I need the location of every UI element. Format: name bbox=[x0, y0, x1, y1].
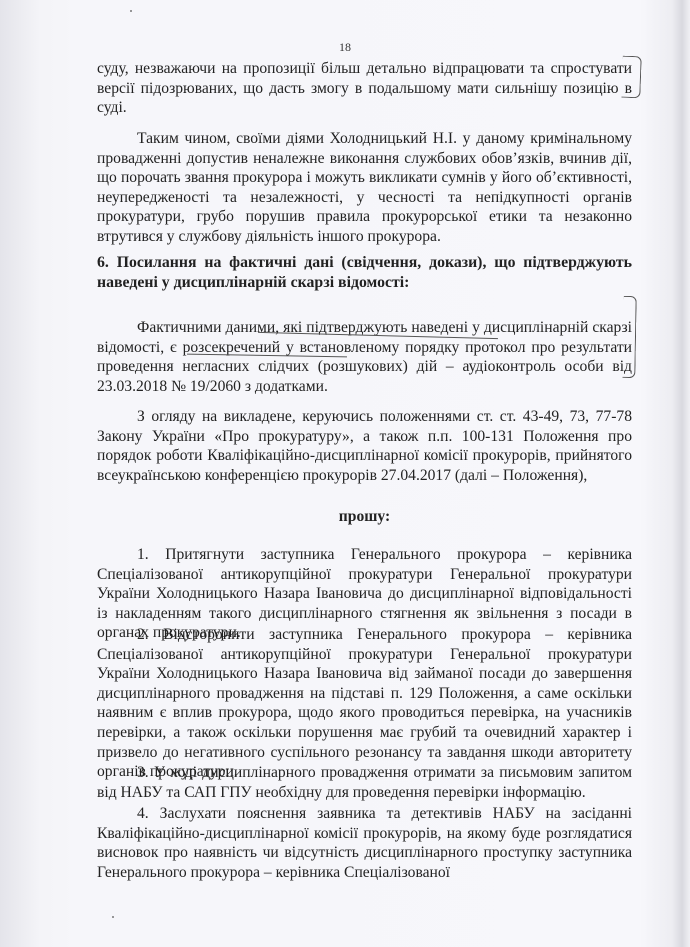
request-item-2: 2. Відсторонити заступника Генерального … bbox=[97, 625, 632, 782]
document-page: 18 суду, незважаючи на пропозиції більш … bbox=[0, 0, 690, 947]
request-item-3: 3. У ході дисциплінарного провадження от… bbox=[97, 763, 632, 802]
section-6-heading: 6. Посилання на фактичні дані (свідчення… bbox=[97, 253, 632, 292]
page-number: 18 bbox=[0, 40, 690, 55]
handwritten-bracket-top bbox=[621, 56, 641, 99]
request-item-4: 4. Заслухати пояснення заявника та детек… bbox=[97, 804, 632, 882]
handwritten-bracket-evidence bbox=[622, 296, 636, 378]
scan-speck bbox=[130, 10, 132, 12]
request-heading: прошу: bbox=[97, 507, 632, 527]
paragraph-continuation: суду, незважаючи на пропозиції більш дет… bbox=[97, 59, 632, 118]
scan-speck bbox=[112, 916, 114, 918]
paragraph-conclusion: Таким чином, своїми діями Холодницький Н… bbox=[97, 129, 632, 247]
paragraph-legal-basis: З огляду на викладене, керуючись положен… bbox=[97, 407, 632, 485]
paragraph-evidence: Фактичними даними, які підтверджують нав… bbox=[97, 318, 632, 396]
